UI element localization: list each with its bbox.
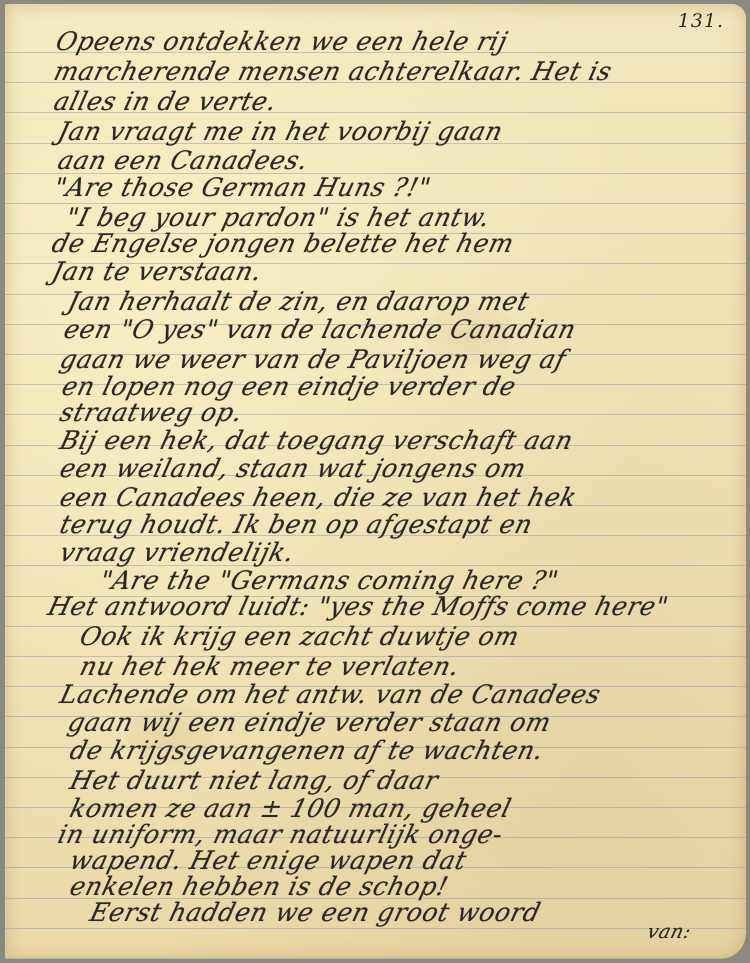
handwritten-line: komen ze aan ± 100 man, geheel bbox=[67, 793, 515, 823]
handwritten-line: Het antwoord luidt: "yes the Moffs come … bbox=[45, 591, 672, 621]
handwritten-line: Eerst hadden we een groot woord bbox=[87, 898, 544, 928]
handwritten-line: gaan we weer van de Paviljoen weg af bbox=[57, 344, 569, 374]
handwritten-line: "Are those German Huns ?!" bbox=[51, 172, 434, 202]
handwritten-line: een Canadees heen, die ze van het hek bbox=[57, 483, 580, 513]
handwritten-line-catchword: van: bbox=[645, 920, 694, 942]
handwritten-line: Bij een hek, dat toegang verschaft aan bbox=[57, 426, 576, 456]
handwritten-line: marcherende mensen achterelkaar. Het is bbox=[51, 56, 615, 86]
handwritten-line: "I beg your pardon" is het antw. bbox=[63, 202, 493, 232]
handwritten-line: Jan vraagt me in het voorbij gaan bbox=[55, 116, 506, 146]
handwritten-line: alles in de verte. bbox=[51, 86, 280, 116]
handwritten-line: aan een Canadees. bbox=[55, 145, 311, 175]
handwritten-line: Opeens ontdekken we een hele rij bbox=[53, 26, 511, 56]
handwritten-line: gaan wij een eindje verder staan om bbox=[65, 707, 554, 737]
handwritten-line: de Engelse jongen belette het hem bbox=[49, 228, 517, 258]
handwritten-line: een weiland, staan wat jongens om bbox=[57, 454, 529, 484]
handwritten-line: straatweg op. bbox=[57, 398, 246, 428]
handwritten-line: Lachende om het antw. van de Canadees bbox=[57, 679, 604, 709]
handwritten-line: "Are the "Germans coming here ?" bbox=[97, 565, 562, 595]
rule-line bbox=[5, 928, 746, 929]
handwritten-line: Ook ik krijg een zacht duwtje om bbox=[77, 621, 523, 651]
handwritten-line: de krijgsgevangenen af te wachten. bbox=[67, 735, 547, 765]
page-number: 131. bbox=[678, 10, 724, 32]
rule-line bbox=[5, 958, 746, 959]
notebook-page: 131. Opeens ontdekken we een hele rij ma… bbox=[5, 4, 746, 959]
handwritten-line: nu het hek meer te verlaten. bbox=[77, 651, 463, 681]
handwritten-line: terug houdt. Ik ben op afgestapt en bbox=[57, 510, 536, 540]
handwritten-line: Jan te verstaan. bbox=[49, 256, 265, 286]
handwritten-line: Het duurt niet lang, of daar bbox=[67, 765, 442, 795]
handwritten-line: in uniform, maar natuurlijk onge- bbox=[55, 819, 506, 849]
handwritten-line: Jan herhaalt de zin, en daarop met bbox=[65, 286, 533, 316]
handwritten-line: een "O yes" van de lachende Canadian bbox=[61, 314, 579, 344]
handwritten-line: vraag vriendelijk. bbox=[57, 538, 298, 568]
